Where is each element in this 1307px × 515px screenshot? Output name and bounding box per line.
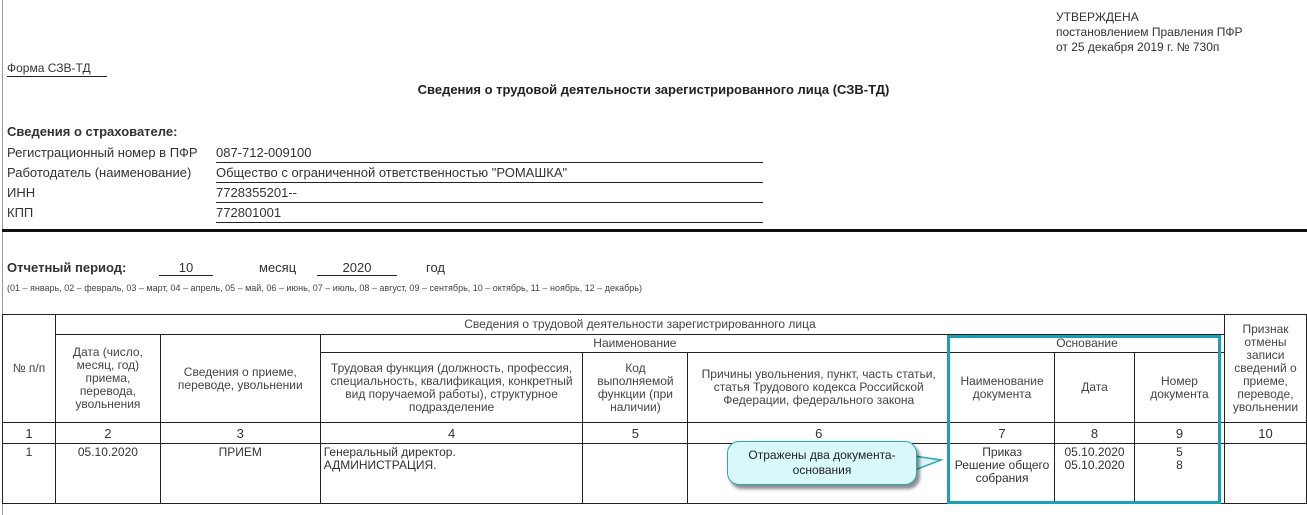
- col-num: 10: [1224, 423, 1306, 444]
- field-label: КПП: [7, 205, 33, 220]
- cell-code: [583, 444, 688, 504]
- field-value: Общество с ограниченной ответственностью…: [216, 165, 763, 183]
- callout-text: Отражены два документа-основания: [727, 441, 917, 485]
- insurer-heading: Сведения о страхователе:: [7, 124, 177, 139]
- section-divider: [2, 229, 1307, 232]
- period-month-word: месяц: [259, 260, 296, 275]
- col-num: 5: [583, 423, 688, 444]
- months-hint: (01 – январь, 02 – февраль, 03 – март, 0…: [7, 283, 642, 293]
- col-num: 1: [3, 423, 56, 444]
- header-group-activity: Сведения о трудовой деятельности зарегис…: [55, 315, 1224, 335]
- form-label: Форма СЗВ-ТД: [7, 61, 107, 77]
- period-year-value: 2020: [317, 260, 397, 276]
- period-month-value: 10: [159, 260, 213, 276]
- approval-stamp: УТВЕРЖДЕНА постановлением Правления ПФР …: [1056, 10, 1243, 55]
- table-row: 1 05.10.2020 ПРИЕМ Генеральный директор.…: [3, 444, 1307, 504]
- column-numbers-row: 1 2 3 4 5 6 7 8 9 10: [3, 423, 1307, 444]
- col-header-cancel-flag: Признак отмены записи сведений о приеме,…: [1224, 315, 1306, 423]
- col-num: 9: [1135, 423, 1225, 444]
- cell-date: 05.10.2020: [55, 444, 160, 504]
- col-header-function: Трудовая функция (должность, профессия, …: [320, 353, 583, 423]
- field-label: Регистрационный номер в ПФР: [7, 145, 198, 160]
- function-department: АДМИНИСТРАЦИЯ.: [324, 459, 580, 472]
- annotation-callout: Отражены два документа-основания: [727, 441, 917, 485]
- cell-doc-number: 5 8: [1135, 444, 1225, 504]
- doc-number-2: 8: [1138, 459, 1221, 472]
- employment-records-table: № п/п Сведения о трудовой деятельности з…: [2, 314, 1307, 504]
- field-value: 7728355201--: [216, 185, 763, 203]
- col-num: 2: [55, 423, 160, 444]
- doc-date-2: 05.10.2020: [1058, 459, 1131, 472]
- insurer-row-kpp: КПП 772801001: [7, 205, 767, 224]
- cell-cancel: [1224, 444, 1306, 504]
- col-header-doc-name: Наименование документа: [950, 353, 1055, 423]
- insurer-row-inn: ИНН 7728355201--: [7, 185, 767, 204]
- approval-line-3: от 25 декабря 2019 г. № 730п: [1056, 40, 1243, 55]
- col-header-number: № п/п: [3, 315, 56, 423]
- col-header-code: Код выполняемой функции (при наличии): [583, 353, 688, 423]
- doc-name-2: Решение общего собрания: [953, 459, 1051, 485]
- cell-function: Генеральный директор. АДМИНИСТРАЦИЯ.: [320, 444, 583, 504]
- col-num: 8: [1055, 423, 1135, 444]
- col-header-event: Сведения о приеме, переводе, увольнении: [160, 335, 320, 423]
- subgroup-basis: Основание: [950, 335, 1225, 353]
- col-num: 7: [950, 423, 1055, 444]
- col-num: 3: [160, 423, 320, 444]
- col-header-doc-date: Дата: [1055, 353, 1135, 423]
- subgroup-name: Наименование: [320, 335, 949, 353]
- cell-doc-date: 05.10.2020 05.10.2020: [1055, 444, 1135, 504]
- field-value: 772801001: [216, 205, 763, 223]
- approval-line-1: УТВЕРЖДЕНА: [1056, 10, 1243, 25]
- insurer-row-reg-number: Регистрационный номер в ПФР 087-712-0091…: [7, 145, 767, 164]
- col-header-reason: Причины увольнения, пункт, часть статьи,…: [688, 353, 950, 423]
- field-label: Работодатель (наименование): [7, 165, 191, 180]
- col-header-date: Дата (число, месяц, год) приема, перевод…: [55, 335, 160, 423]
- col-num: 4: [320, 423, 583, 444]
- period-year-word: год: [426, 260, 445, 275]
- document-title: Сведения о трудовой деятельности зарегис…: [0, 82, 1307, 97]
- field-label: ИНН: [7, 185, 35, 200]
- period-label: Отчетный период:: [7, 260, 126, 275]
- cell-number: 1: [3, 444, 56, 504]
- col-header-doc-number: Номер документа: [1135, 353, 1225, 423]
- cell-event: ПРИЕМ: [160, 444, 320, 504]
- cell-doc-name: Приказ Решение общего собрания: [950, 444, 1055, 504]
- field-value: 087-712-009100: [216, 145, 763, 163]
- insurer-row-employer: Работодатель (наименование) Общество с о…: [7, 165, 767, 184]
- approval-line-2: постановлением Правления ПФР: [1056, 25, 1243, 40]
